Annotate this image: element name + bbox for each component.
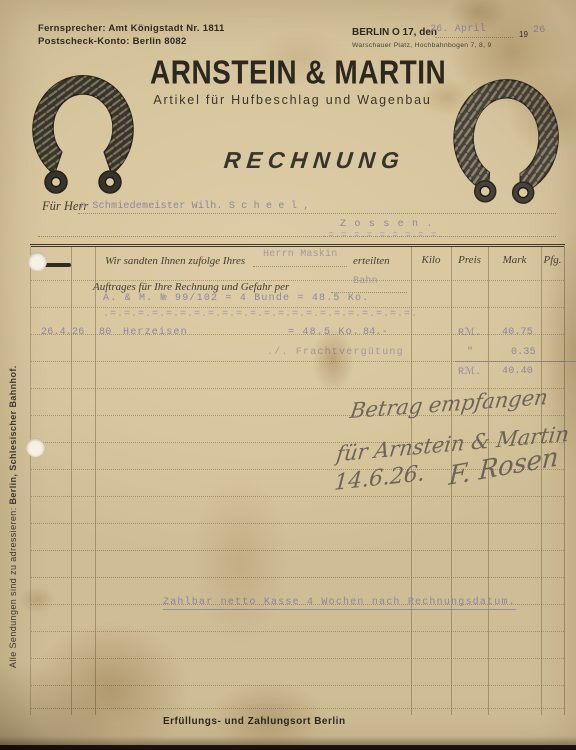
margin-note-bold: Berlin, Schlesischer Bahnhof.: [8, 365, 18, 504]
typed-divider-line: .=.=.=.=.=.=.=.=.=.=.=.=.=.=.=.=.=.=.=.=…: [103, 309, 418, 320]
punch-hole-top: [28, 252, 47, 271]
row2-ditto: ": [467, 347, 473, 358]
table-ruled-line: [31, 550, 564, 551]
row1-amount: 40.75: [502, 327, 533, 338]
row1-rate: 84.-: [363, 327, 388, 338]
column-line-2: [95, 247, 96, 715]
company-name: ARNSTEIN & MARTIN: [150, 54, 435, 92]
intro-line1-end: erteilten: [353, 255, 390, 267]
row1-quantity: 80: [99, 327, 111, 338]
margin-shipping-note: Alle Sendungen sind zu adressieren: Berl…: [8, 365, 18, 668]
invoice-scan: { "letterhead": { "phone": "Fernsprecher…: [0, 0, 576, 750]
sub-address: Warschauer Platz, Hochbahnbogen 7, 8, 9: [352, 42, 492, 49]
margin-note-normal: Alle Sendungen sind zu adressieren:: [8, 505, 18, 669]
document-title: RECHNUNG: [223, 147, 407, 174]
recipient-leader-line: [78, 213, 556, 214]
table-ruled-line: [31, 280, 564, 281]
row1-weight: = 48.5 Ko.: [288, 327, 360, 338]
typed-recipient-name: n Schmiedemeister Wilh. S c h e e l ,: [80, 201, 309, 212]
punch-hole-bottom: [26, 438, 45, 457]
company-block: ARNSTEIN & MARTIN Artikel für Hufbeschla…: [150, 57, 435, 107]
column-line-pfg: [541, 247, 542, 715]
intro-leader-1: [253, 266, 347, 267]
row1-currency: Rℳ.: [458, 327, 481, 339]
column-header-preis: Preis: [451, 254, 488, 266]
typed-recipient-city: Z o s s e n .: [340, 219, 434, 230]
table-ruled-line: [31, 658, 564, 659]
row1-date: 26.4.26: [41, 327, 84, 338]
typed-order-ref: Herrn Maskin: [263, 249, 337, 260]
table-ruled-line: [31, 523, 564, 524]
company-tagline: Artikel für Hufbeschlag und Wagenbau: [150, 93, 435, 107]
typed-date: 26. April: [430, 24, 486, 35]
year-prefix: 19: [519, 30, 528, 39]
table-ruled-line: [31, 334, 564, 335]
table-ruled-line: [31, 361, 564, 362]
date-leader-line: [435, 37, 513, 38]
typed-year: 26: [533, 25, 545, 36]
intro-line2: Auftrages für Ihre Rechnung und Gefahr p…: [93, 281, 289, 293]
row3-currency: Rℳ.: [458, 366, 481, 378]
column-header-kilo: Kilo: [411, 254, 451, 266]
intro-line1-start: Wir sandten Ihnen zufolge Ihres: [105, 255, 245, 267]
row3-amount: 40.40: [502, 366, 533, 377]
table-ruled-line: [31, 577, 564, 578]
payment-terms: Zahlbar netto Kasse 4 Wochen nach Rechnu…: [163, 597, 516, 610]
table-ruled-line: [31, 496, 564, 497]
row2-description: ./. Frachtvergütung: [267, 347, 404, 358]
table-ruled-line: [31, 708, 564, 709]
second-leader-line: [38, 236, 556, 237]
typed-shipping-via: Bahn: [353, 276, 378, 287]
horseshoe-right-illustration: [448, 74, 564, 206]
typed-city-underline: .=.=.=.=.=.=.=.=.=.: [322, 230, 444, 240]
letterhead-contact: Fernsprecher: Amt Königstadt Nr. 1811 Po…: [38, 23, 225, 48]
postscheck-line: Postscheck-Konto: Berlin 8082: [38, 36, 225, 49]
footer-fulfillment-note: Erfüllungs- und Zahlungsort Berlin: [163, 716, 346, 727]
horseshoe-left-illustration: [28, 70, 138, 202]
typed-spec-line: A. & M. № 99/102 = 4 Bunde = 48.5 Ko.: [103, 293, 369, 304]
table-ruled-line: [31, 631, 564, 632]
table-ruled-line: [31, 685, 564, 686]
column-line-1: [71, 247, 72, 715]
table-ruled-line: [31, 307, 564, 308]
phone-line: Fernsprecher: Amt Königstadt Nr. 1811: [38, 23, 225, 36]
column-header-pfg: Pfg.: [541, 254, 564, 266]
table-ruled-line: [31, 415, 564, 416]
row2-amount: 0.35: [511, 347, 536, 358]
place-date-label: BERLIN O 17, den: [352, 27, 437, 38]
column-header-mark: Mark: [488, 254, 541, 266]
row1-description: Herzeisen: [123, 327, 188, 338]
